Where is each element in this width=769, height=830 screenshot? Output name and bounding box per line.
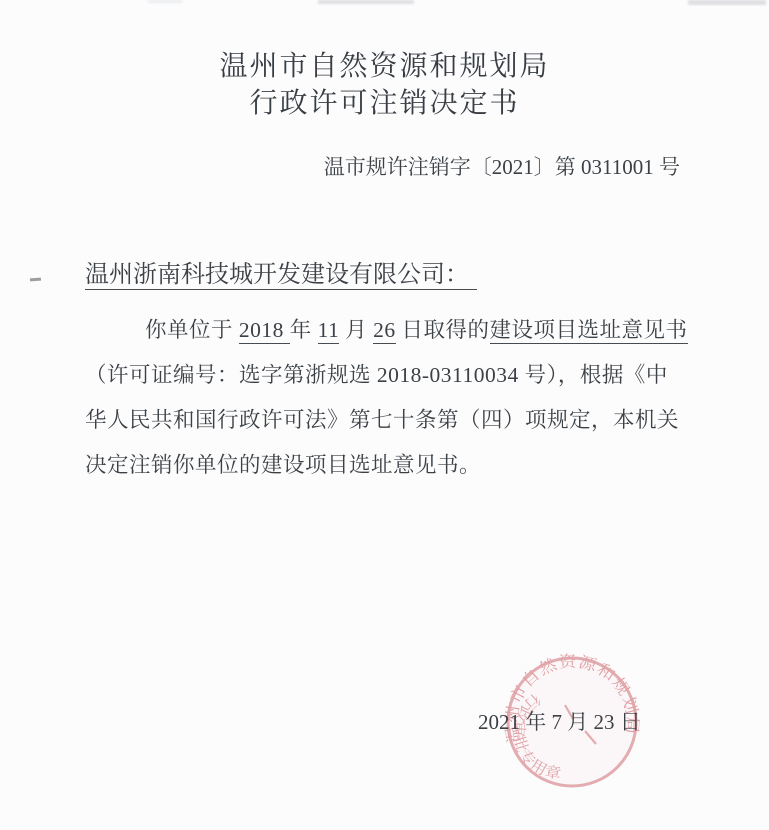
- document-number: 温市规许注销字〔2021〕第 0311001 号: [0, 152, 680, 182]
- document-title: 温州市自然资源和规划局 行政许可注销决定书: [0, 48, 769, 122]
- scan-artifact: [688, 0, 766, 5]
- filled-in-permit-name: 建设项目选址意见书: [490, 318, 688, 344]
- filled-in-month: 11: [318, 318, 340, 344]
- scan-artifact: [148, 0, 182, 3]
- scan-artifact: [318, 0, 414, 4]
- body-text: 你单位于: [145, 318, 239, 342]
- title-line-2: 行政许可注销决定书: [0, 85, 769, 122]
- body-text: 月: [339, 318, 373, 342]
- body-line-2: （许可证编号：选字第浙规选 2018-03110034 号），根据《中: [85, 353, 725, 398]
- body-text: 日取得的: [396, 318, 490, 342]
- issue-date: 2021 年 7 月 23 日: [478, 708, 641, 736]
- filled-in-day: 26: [373, 318, 396, 344]
- scan-artifact: [30, 278, 41, 282]
- body-line-4: 决定注销你单位的建设项目选址意见书。: [85, 443, 725, 488]
- body-paragraph: 你单位于 2018 年 11 月 26 日取得的建设项目选址意见书 （许可证编号…: [85, 308, 725, 488]
- body-line-1: 你单位于 2018 年 11 月 26 日取得的建设项目选址意见书: [85, 308, 725, 353]
- addressee-line: 温州浙南科技城开发建设有限公司：: [85, 259, 477, 291]
- body-line-3: 华人民共和国行政许可法》第七十条第（四）项规定，本机关: [85, 398, 725, 443]
- document-page: 温州市自然资源和规划局 行政许可注销决定书 温市规许注销字〔2021〕第 031…: [0, 0, 769, 830]
- addressee-name: 温州浙南科技城开发建设有限公司：: [85, 262, 477, 290]
- body-text: 年: [290, 318, 318, 342]
- title-line-1: 温州市自然资源和规划局: [0, 48, 769, 85]
- filled-in-year: 2018: [239, 318, 290, 344]
